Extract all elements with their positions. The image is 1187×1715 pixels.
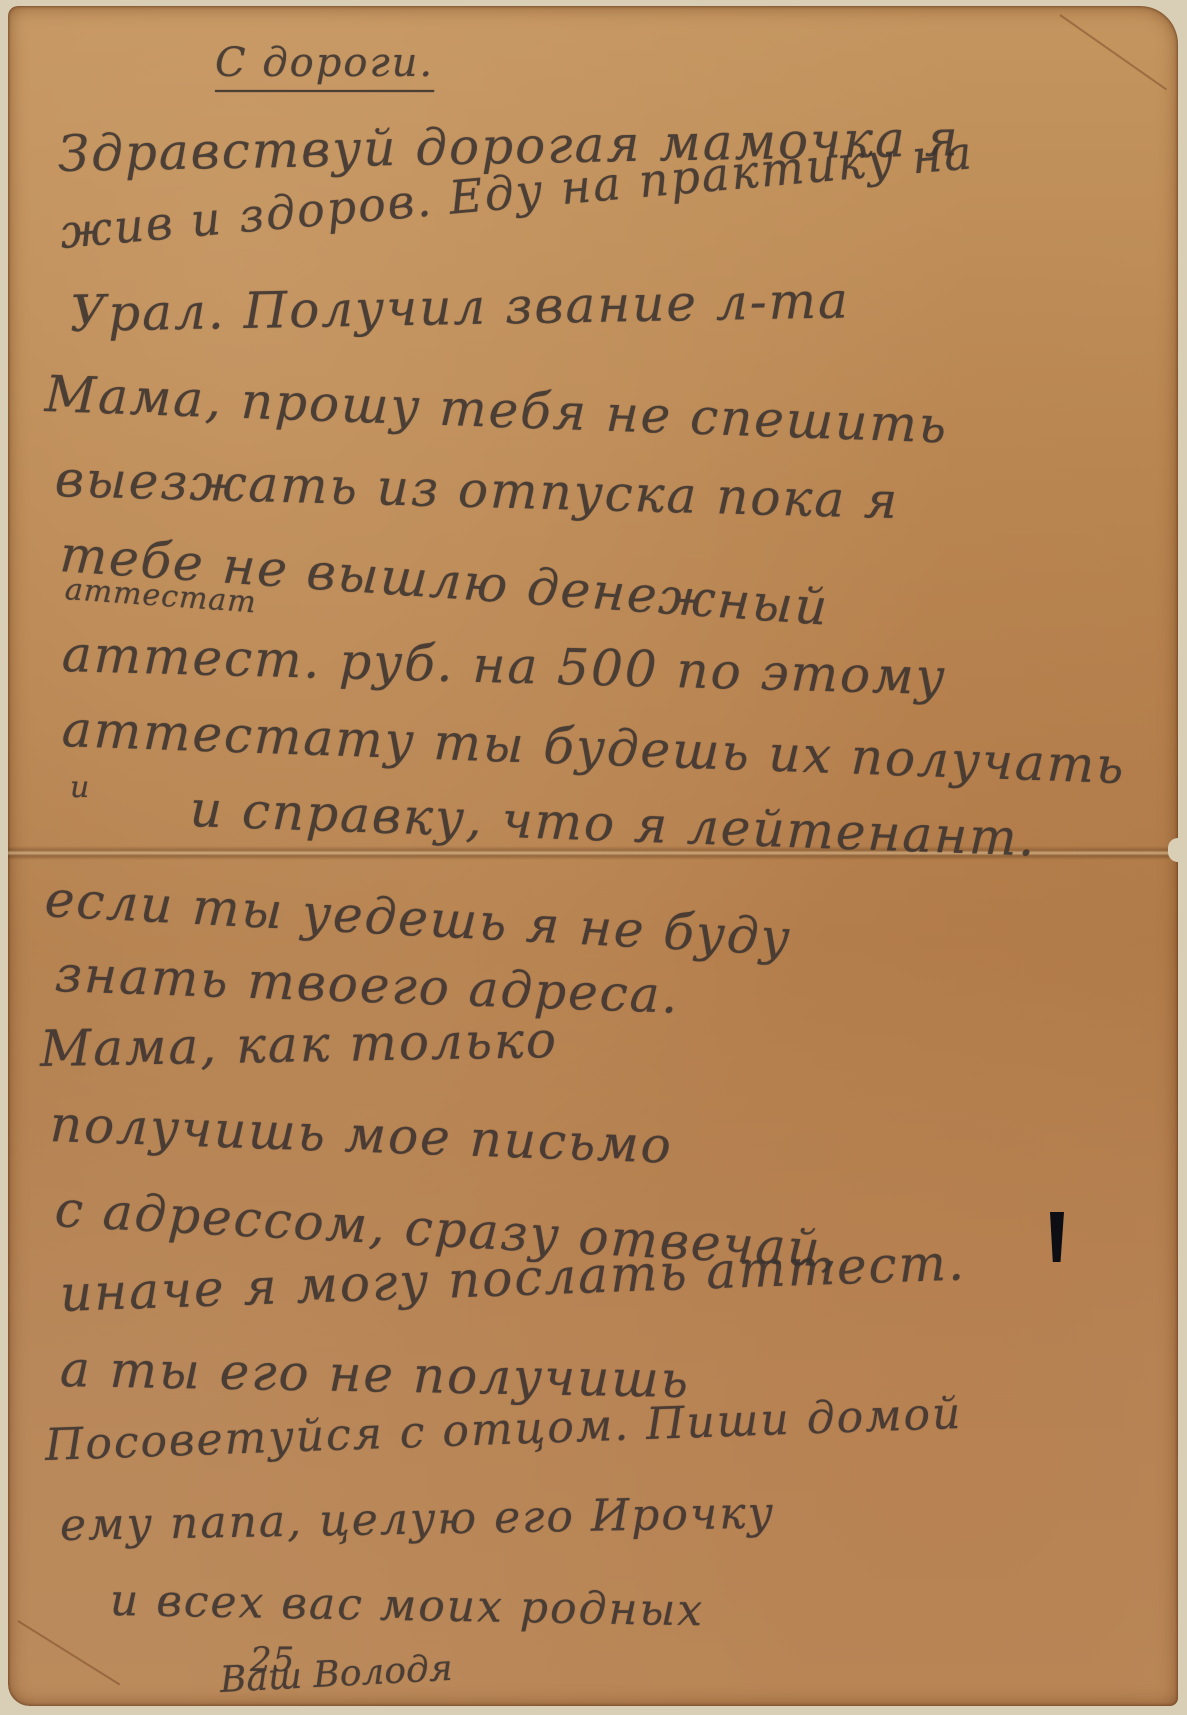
letter-line-16: а ты его не получишь: [59, 1340, 690, 1409]
fold-tear: [1168, 838, 1187, 862]
letter-line-12: Мама, как только: [39, 1011, 558, 1078]
interlinear-note-i: и: [70, 770, 90, 805]
letter-line-19: и всех вас моих родных: [110, 1575, 705, 1636]
letter-heading: С дороги.: [215, 40, 434, 86]
